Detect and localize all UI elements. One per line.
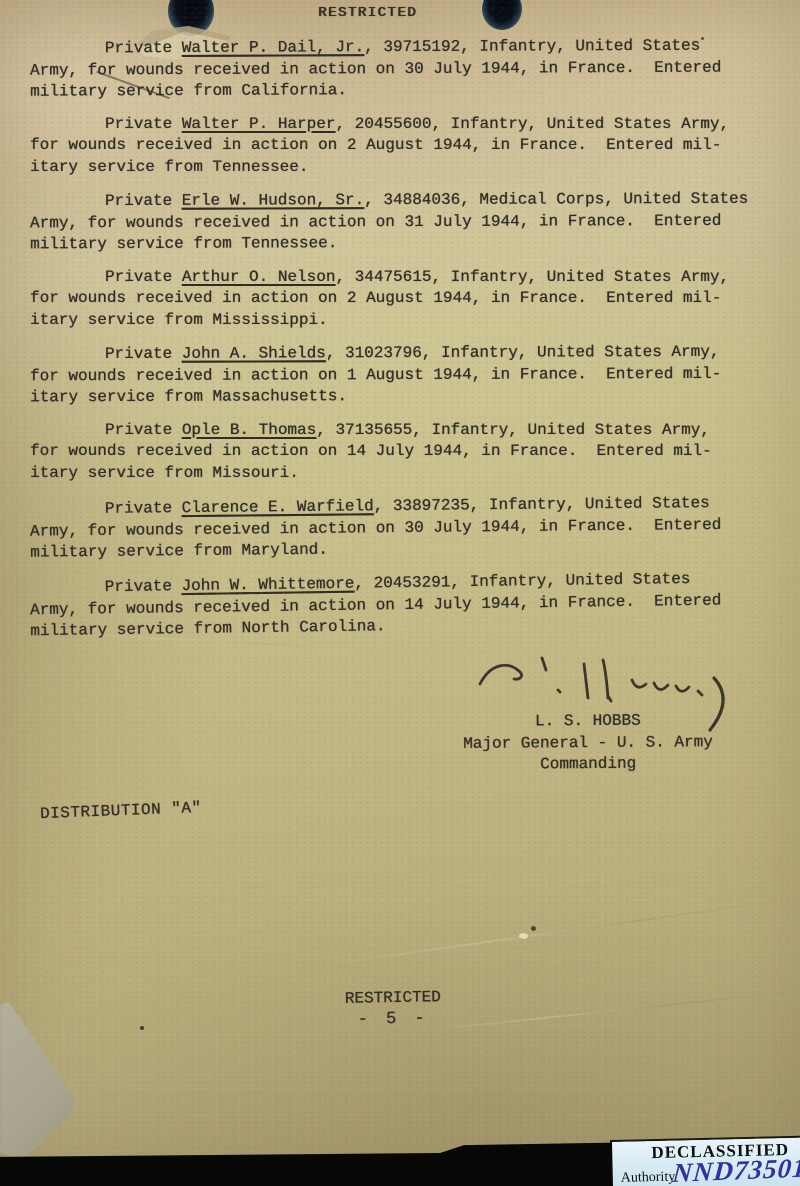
paragraph-entry: Private Erle W. Hudson, Sr., 34884036, M… [30, 189, 775, 256]
page-footer: RESTRICTED - 5 - [293, 986, 494, 1031]
classification-header: RESTRICTED [318, 5, 417, 21]
declassified-stamp: DECLASSIFIED AuthorityNND735017 [612, 1137, 800, 1186]
stamp-authority-label: Authority [621, 1170, 676, 1186]
distribution-note: DISTRIBUTION "A" [40, 799, 202, 823]
casualty-line: for wounds received in action on 1 Augus… [30, 363, 775, 387]
scanned-document-page: RESTRICTED Private Walter P. Dail, Jr., … [0, 0, 800, 1186]
page-number: - 5 - [293, 1007, 493, 1031]
casualty-line: for wounds received in action on 14 July… [30, 441, 775, 463]
casualty-line: Army, for wounds received in action on 3… [30, 210, 775, 234]
casualty-line: for wounds received in action on 2 Augus… [30, 135, 775, 157]
rank-prefix: Private [105, 421, 182, 439]
rank-prefix: Private [105, 268, 182, 286]
casualty-line: itary service from Tennessee. [30, 157, 775, 179]
soldier-name: John A. Shields [182, 344, 326, 363]
signature-block: L. S. HOBBS Major General - U. S. Army C… [440, 710, 736, 777]
rank-prefix: Private [105, 115, 182, 133]
casualty-line: Private Walter P. Harper, 20455600, Infa… [30, 114, 775, 136]
service-details: , 34884036, Medical Corps, United States [364, 190, 748, 209]
soldier-name: Walter P. Harper [182, 115, 336, 133]
punch-hole-right-icon [482, 0, 522, 30]
casualty-line: Private Arthur O. Nelson, 34475615, Infa… [30, 267, 775, 289]
ink-speck [531, 926, 536, 931]
casualty-line: military service from California. [30, 78, 775, 103]
paper-nick [519, 933, 528, 939]
ink-speck [140, 1026, 144, 1030]
rank-prefix: Private [105, 39, 182, 57]
rank-prefix: Private [105, 345, 182, 363]
signer-role: Commanding [440, 753, 736, 777]
casualty-line: Private John A. Shields, 31023796, Infan… [30, 342, 775, 366]
paragraph-entry: Private Ople B. Thomas, 37135655, Infant… [30, 420, 775, 485]
casualty-list: Private Walter P. Dail, Jr., 39715192, I… [30, 37, 775, 649]
rank-prefix: Private [105, 192, 182, 210]
paragraph-entry: Private John A. Shields, 31023796, Infan… [30, 342, 775, 409]
paragraph-entry: Private John W. Whittemore, 20453291, In… [30, 567, 776, 642]
service-details: , 33897235, Infantry, United States [374, 494, 710, 515]
paragraph-entry: Private Arthur O. Nelson, 34475615, Infa… [30, 267, 775, 332]
service-details: , 20455600, Infantry, United States Army… [335, 115, 729, 133]
service-details: , 39715192, Infantry, United States [364, 37, 700, 56]
soldier-name: John W. Whittemore [181, 574, 354, 594]
service-details: , 37135655, Infantry, United States Army… [316, 421, 710, 439]
casualty-line: military service from Tennessee. [30, 232, 775, 256]
soldier-name: Clarence E. Warfield [182, 497, 374, 517]
soldier-name: Ople B. Thomas [182, 421, 316, 439]
paper-sheet: RESTRICTED Private Walter P. Dail, Jr., … [0, 0, 800, 1186]
soldier-name: Erle W. Hudson, Sr. [182, 191, 364, 210]
casualty-line: itary service from Mississippi. [30, 310, 775, 332]
stamp-authority-number: NND735017 [672, 1157, 800, 1183]
casualty-line: Army, for wounds received in action on 3… [30, 57, 775, 82]
soldier-name: Arthur O. Nelson [182, 268, 336, 286]
service-details: , 20453291, Infantry, United States [354, 569, 690, 592]
rank-prefix: Private [105, 499, 182, 518]
rank-prefix: Private [105, 577, 182, 596]
soldier-name: Walter P. Dail, Jr. [182, 38, 365, 57]
casualty-line: Private Erle W. Hudson, Sr., 34884036, M… [30, 189, 775, 213]
casualty-line: itary service from Missouri. [30, 463, 775, 485]
service-details: , 31023796, Infantry, United States Army… [326, 343, 720, 362]
signer-name: L. S. HOBBS [440, 710, 736, 734]
paragraph-entry: Private Walter P. Harper, 20455600, Infa… [30, 114, 775, 179]
service-details: , 34475615, Infantry, United States Army… [335, 268, 729, 286]
casualty-line: itary service from Massachusetts. [30, 385, 775, 409]
paragraph-entry: Private Walter P. Dail, Jr., 39715192, I… [30, 35, 775, 103]
paragraph-entry: Private Clarence E. Warfield, 33897235, … [30, 492, 776, 564]
stamp-authority-row: AuthorityNND735017 [620, 1158, 800, 1186]
casualty-line: Private Walter P. Dail, Jr., 39715192, I… [30, 35, 775, 60]
casualty-line: Private Ople B. Thomas, 37135655, Infant… [30, 420, 775, 442]
casualty-line: for wounds received in action on 2 Augus… [30, 288, 775, 310]
signer-title: Major General - U. S. Army [440, 731, 736, 755]
paper-crease [332, 897, 798, 964]
